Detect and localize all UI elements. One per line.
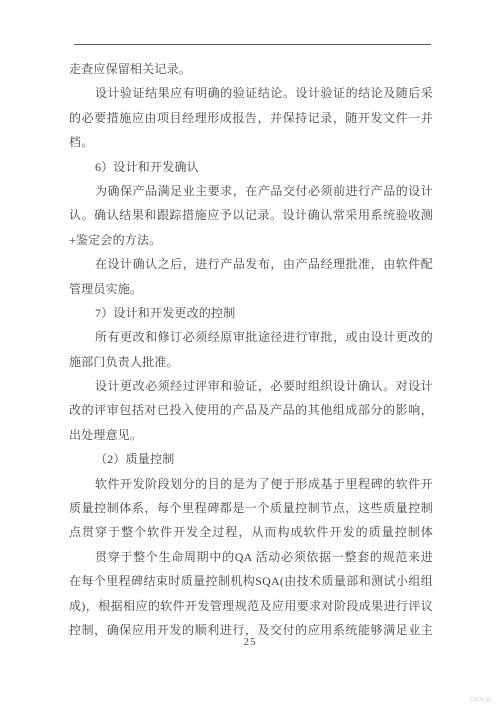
header-rule: [74, 44, 431, 45]
text-line: 设计验证结果应有明确的验证结论。设计验证的结论及随后采取: [69, 81, 433, 105]
text-line: 质量控制体系，每个里程碑都是一个质量控制节点，这些质量控制节: [69, 496, 433, 520]
page-number: 25: [0, 636, 500, 648]
text-line: 施部门负责人批准。: [69, 350, 433, 374]
text-line: 改的评审包括对已投入使用的产品及产品的其他组成部分的影响，提: [69, 398, 433, 422]
text-line: 走查应保留相关记录。: [69, 57, 433, 81]
text-line: 管理员实施。: [69, 277, 433, 301]
text-line: 档。: [69, 130, 433, 154]
text-line: 成)，根据相应的软件开发管理规范及应用要求对阶段成果进行评议: [69, 594, 433, 618]
text-line: 在每个里程碑结束时质量控制机构SQA(由技术质量部和测试小组组: [69, 569, 433, 593]
text-line: 6）设计和开发确认: [69, 155, 433, 179]
text-line: 的必要措施应由项目经理形成报告，并保持记录，随开发文件一并归: [69, 106, 433, 130]
text-line: 7）设计和开发更改的控制: [69, 301, 433, 325]
text-line: （2）质量控制: [69, 447, 433, 471]
text-line: 软件开发阶段划分的目的是为了便于形成基于里程碑的软件开发: [69, 472, 433, 496]
document-body: 走查应保留相关记录。设计验证结果应有明确的验证结论。设计验证的结论及随后采取的必…: [69, 57, 433, 642]
document-page: 走查应保留相关记录。设计验证结果应有明确的验证结论。设计验证的结论及随后采取的必…: [0, 0, 500, 707]
text-line: 为确保产品满足业主要求，在产品交付必须前进行产品的设计确: [69, 179, 433, 203]
watermark: CSDN @...: [470, 697, 495, 703]
text-line: 出处理意见。: [69, 423, 433, 447]
text-line: 认。确认结果和跟踪措施应予以记录。设计确认常采用系统验收测试: [69, 203, 433, 227]
text-line: 点贯穿于整个软件开发全过程，从而构成软件开发的质量控制体系。: [69, 520, 433, 544]
text-line: 设计更改必须经过评审和验证，必要时组织设计确认。对设计更: [69, 374, 433, 398]
text-line: 在设计确认之后，进行产品发布，由产品经理批准，由软件配置: [69, 252, 433, 276]
text-line: 所有更改和修订必须经原审批途径进行审批，或由设计更改的实: [69, 325, 433, 349]
text-line: 贯穿于整个生命周期中的QA 活动必须依据一整套的规范来进行，: [69, 545, 433, 569]
text-line: +鉴定会的方法。: [69, 228, 433, 252]
